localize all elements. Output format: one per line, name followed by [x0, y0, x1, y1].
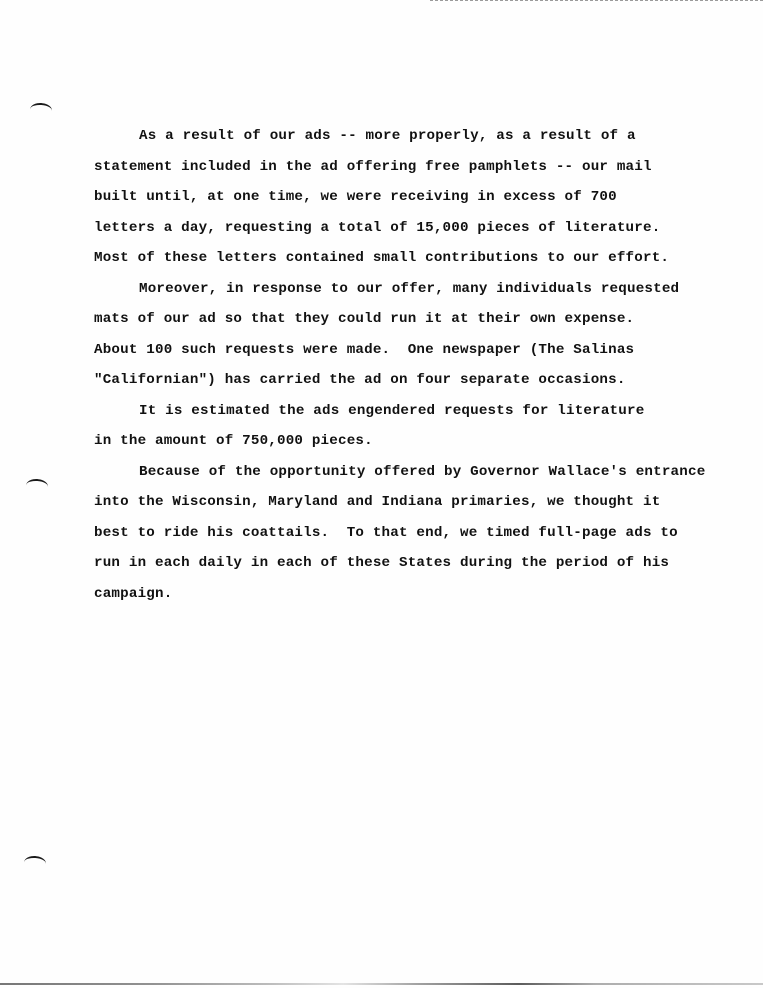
paragraph-3-line-1: It is estimated the ads engendered reque…	[94, 396, 734, 427]
paragraph-2-line-4: "Californian") has carried the ad on fou…	[94, 365, 734, 396]
paragraph-4-line-2: into the Wisconsin, Maryland and Indiana…	[94, 487, 734, 518]
paragraph-3-line-2: in the amount of 750,000 pieces.	[94, 426, 734, 457]
paragraph-2-line-2: mats of our ad so that they could run it…	[94, 304, 734, 335]
binder-hole-mark	[30, 102, 53, 118]
binder-hole-mark	[26, 478, 49, 494]
typewritten-body: As a result of our ads -- more properly,…	[94, 121, 734, 609]
paragraph-1-line-5: Most of these letters contained small co…	[94, 243, 734, 274]
paragraph-4-line-1: Because of the opportunity offered by Go…	[94, 457, 734, 488]
paragraph-1-line-1: As a result of our ads -- more properly,…	[94, 121, 734, 152]
paragraph-1-line-4: letters a day, requesting a total of 15,…	[94, 213, 734, 244]
top-edge-perforation	[430, 0, 763, 2]
paragraph-4-line-4: run in each daily in each of these State…	[94, 548, 734, 579]
binder-hole-mark	[24, 855, 47, 871]
paragraph-4-line-5: campaign.	[94, 579, 734, 610]
paragraph-1-line-2: statement included in the ad offering fr…	[94, 152, 734, 183]
paragraph-2-line-3: About 100 such requests were made. One n…	[94, 335, 734, 366]
document-page: As a result of our ads -- more properly,…	[0, 0, 763, 988]
paragraph-2-line-1: Moreover, in response to our offer, many…	[94, 274, 734, 305]
bottom-scan-edge	[0, 983, 763, 985]
paragraph-1-line-3: built until, at one time, we were receiv…	[94, 182, 734, 213]
paragraph-4-line-3: best to ride his coattails. To that end,…	[94, 518, 734, 549]
